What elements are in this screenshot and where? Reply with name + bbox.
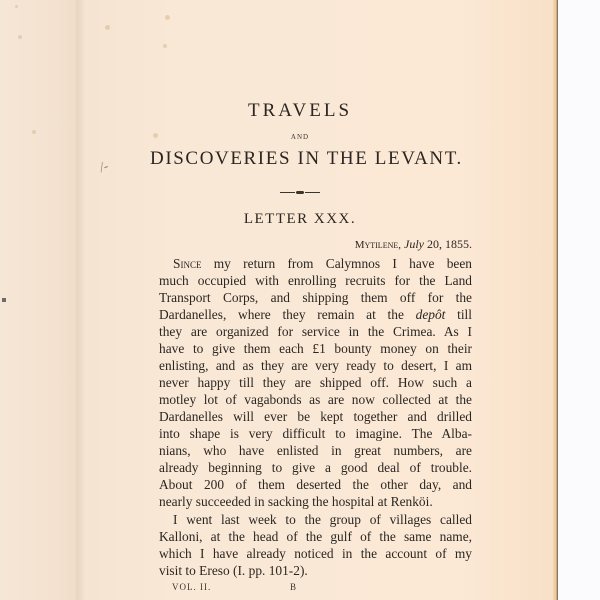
foxing-spot (163, 44, 167, 48)
body-line: motley lot of vagabonds as are now colle… (159, 392, 472, 408)
foxing-spot (18, 35, 22, 39)
signature-mark: B (290, 582, 296, 592)
dateline: Mytilene, July 20, 1855. (260, 237, 472, 252)
body-line: enlisting, and as they are very ready to… (159, 358, 472, 374)
body-line: About 200 of them deserted the other day… (159, 477, 472, 493)
dateline-place: Mytilene, (355, 239, 401, 251)
dateline-month: July (404, 237, 424, 251)
body-line: I went last week to the group of village… (173, 512, 472, 528)
book-subtitle: DISCOVERIES IN THE LEVANT. (150, 148, 450, 170)
body-line: never happy till they are shipped off. H… (159, 375, 472, 391)
body-line: Transport Corps, and shipping them off f… (159, 290, 472, 306)
body-line: nearly succeeded in sacking the hospital… (159, 494, 472, 510)
body-line: into shape is very difficult to imagine.… (159, 426, 472, 442)
foxing-spot (15, 5, 18, 8)
dateline-date: 20, 1855. (424, 237, 472, 251)
body-line: visit to Ereso (I. pp. 101-2). (159, 563, 472, 579)
foxing-spot (153, 133, 158, 138)
foxing-spot (32, 130, 36, 134)
body-line: Since my return from Calymnos I have bee… (173, 256, 472, 272)
ornament-divider-icon (280, 191, 320, 194)
body-line: Dardanelles, where they remain at the de… (159, 307, 472, 323)
volume-marker: VOL. II. (172, 582, 211, 592)
body-line: have to give them each £1 bounty money o… (159, 341, 472, 357)
body-line: Kalloni, at the head of the gulf of the … (159, 529, 472, 545)
book-title-conjunction: AND (240, 133, 360, 141)
body-line: already beginning to give a good deal of… (159, 460, 472, 476)
foxing-spot (165, 15, 170, 20)
margin-speck (2, 298, 6, 302)
body-line: which I have already noticed in the acco… (159, 546, 472, 562)
page-edge (553, 0, 558, 600)
body-line: nians, who have enlisted in great number… (159, 443, 472, 459)
foxing-spot (105, 25, 110, 30)
left-page (0, 0, 80, 600)
letter-heading: LETTER XXX. (200, 211, 400, 228)
body-line: Dardanelles will ever be kept together a… (159, 409, 472, 425)
body-line: they are organized for service in the Cr… (159, 324, 472, 340)
book-title: TRAVELS (240, 100, 360, 122)
body-line: much occupied with enrolling recruits fo… (159, 273, 472, 289)
